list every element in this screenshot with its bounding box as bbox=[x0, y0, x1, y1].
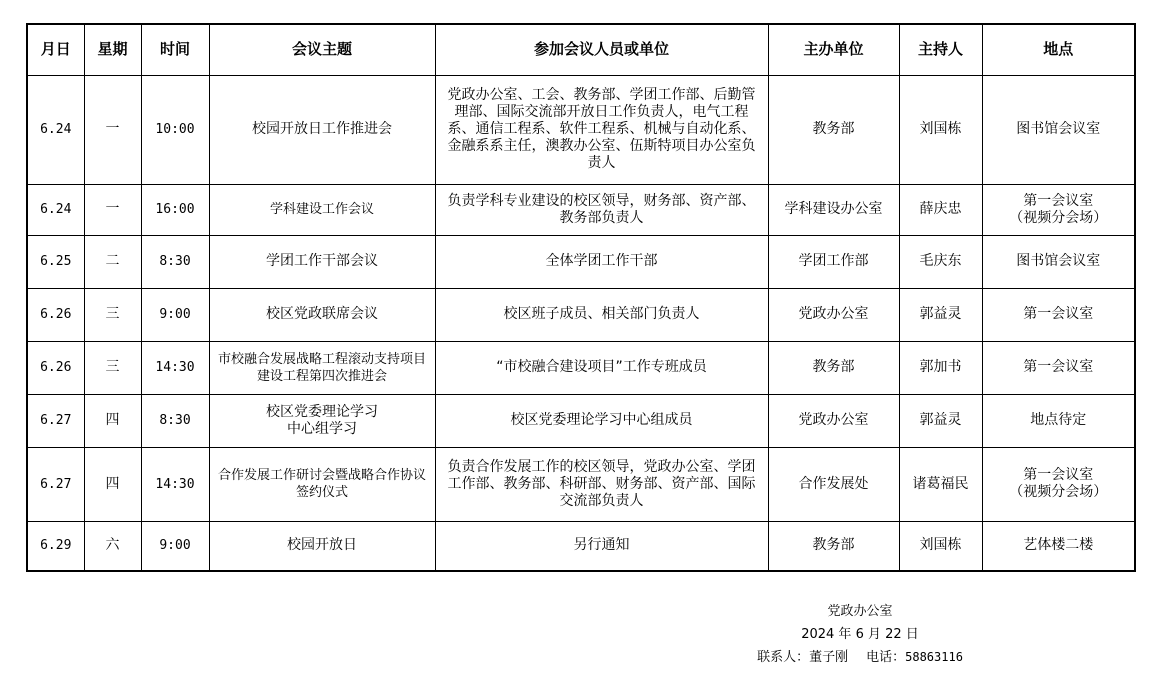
cell-organizer: 合作发展处 bbox=[768, 447, 899, 521]
cell-weekday: 六 bbox=[84, 521, 141, 571]
cell-date: 6.29 bbox=[27, 521, 84, 571]
cell-host: 郭加书 bbox=[899, 341, 982, 394]
cell-host: 毛庆东 bbox=[899, 235, 982, 288]
meeting-schedule-table: 月日 星期 时间 会议主题 参加会议人员或单位 主办单位 主持人 地点 6.24… bbox=[26, 23, 1136, 572]
header-organizer: 主办单位 bbox=[768, 24, 899, 75]
cell-date: 6.27 bbox=[27, 394, 84, 447]
cell-attendees: 另行通知 bbox=[435, 521, 768, 571]
cell-organizer: 学团工作部 bbox=[768, 235, 899, 288]
header-row: 月日 星期 时间 会议主题 参加会议人员或单位 主办单位 主持人 地点 bbox=[27, 24, 1135, 75]
cell-weekday: 二 bbox=[84, 235, 141, 288]
header-location: 地点 bbox=[982, 24, 1135, 75]
cell-weekday: 四 bbox=[84, 447, 141, 521]
cell-attendees: 校区班子成员、相关部门负责人 bbox=[435, 288, 768, 341]
cell-organizer: 教务部 bbox=[768, 521, 899, 571]
contact-name: 董子刚 bbox=[809, 650, 848, 665]
cell-location: 第一会议室 （视频分会场） bbox=[982, 447, 1135, 521]
cell-organizer: 党政办公室 bbox=[768, 288, 899, 341]
contact-line: 联系人：董子刚电话：58863116 bbox=[740, 646, 980, 669]
cell-attendees: 校区党委理论学习中心组成员 bbox=[435, 394, 768, 447]
cell-time: 9:00 bbox=[141, 288, 209, 341]
location-note: （视频分会场） bbox=[987, 210, 1131, 227]
phone-number: 58863116 bbox=[905, 650, 963, 664]
document-footer: 党政办公室 2024 年 6 月 22 日 联系人：董子刚电话：58863116 bbox=[740, 600, 980, 669]
cell-attendees: 负责学科专业建设的校区领导，财务部、资产部、教务部负责人 bbox=[435, 184, 768, 235]
cell-weekday: 三 bbox=[84, 288, 141, 341]
header-weekday: 星期 bbox=[84, 24, 141, 75]
table-row: 6.26 三 14:30 市校融合发展战略工程滚动支持项目建设工程第四次推进会 … bbox=[27, 341, 1135, 394]
cell-topic: 学科建设工作会议 bbox=[209, 184, 435, 235]
cell-location: 第一会议室 bbox=[982, 341, 1135, 394]
cell-host: 薛庆忠 bbox=[899, 184, 982, 235]
cell-host: 郭益灵 bbox=[899, 394, 982, 447]
cell-host: 刘国栋 bbox=[899, 75, 982, 184]
table-row: 6.27 四 14:30 合作发展工作研讨会暨战略合作协议签约仪式 负责合作发展… bbox=[27, 447, 1135, 521]
table-row: 6.27 四 8:30 校区党委理论学习 中心组学习 校区党委理论学习中心组成员… bbox=[27, 394, 1135, 447]
cell-date: 6.26 bbox=[27, 288, 84, 341]
phone-label: 电话： bbox=[866, 650, 905, 665]
cell-topic: 校园开放日工作推进会 bbox=[209, 75, 435, 184]
contact-label: 联系人： bbox=[757, 650, 809, 665]
cell-attendees: 党政办公室、工会、教务部、学团工作部、后勤管理部、国际交流部开放日工作负责人，电… bbox=[435, 75, 768, 184]
cell-topic: 市校融合发展战略工程滚动支持项目建设工程第四次推进会 bbox=[209, 341, 435, 394]
cell-topic: 校区党政联席会议 bbox=[209, 288, 435, 341]
cell-host: 刘国栋 bbox=[899, 521, 982, 571]
issue-date: 2024 年 6 月 22 日 bbox=[740, 623, 980, 646]
issuing-office: 党政办公室 bbox=[740, 600, 980, 623]
cell-organizer: 党政办公室 bbox=[768, 394, 899, 447]
topic-line-2: 中心组学习 bbox=[214, 421, 431, 438]
cell-attendees: 全体学团工作干部 bbox=[435, 235, 768, 288]
cell-organizer: 教务部 bbox=[768, 341, 899, 394]
cell-topic: 校区党委理论学习 中心组学习 bbox=[209, 394, 435, 447]
table-row: 6.25 二 8:30 学团工作干部会议 全体学团工作干部 学团工作部 毛庆东 … bbox=[27, 235, 1135, 288]
cell-time: 14:30 bbox=[141, 447, 209, 521]
header-time: 时间 bbox=[141, 24, 209, 75]
cell-location: 第一会议室 bbox=[982, 288, 1135, 341]
location-name: 第一会议室 bbox=[987, 467, 1131, 484]
table-row: 6.29 六 9:00 校园开放日 另行通知 教务部 刘国栋 艺体楼二楼 bbox=[27, 521, 1135, 571]
topic-line-1: 校区党委理论学习 bbox=[214, 404, 431, 421]
cell-weekday: 一 bbox=[84, 184, 141, 235]
cell-time: 8:30 bbox=[141, 235, 209, 288]
cell-weekday: 四 bbox=[84, 394, 141, 447]
cell-weekday: 一 bbox=[84, 75, 141, 184]
cell-attendees: 负责合作发展工作的校区领导，党政办公室、学团工作部、教务部、科研部、财务部、资产… bbox=[435, 447, 768, 521]
cell-time: 8:30 bbox=[141, 394, 209, 447]
cell-time: 10:00 bbox=[141, 75, 209, 184]
cell-attendees: “市校融合建设项目”工作专班成员 bbox=[435, 341, 768, 394]
cell-date: 6.24 bbox=[27, 184, 84, 235]
cell-topic: 校园开放日 bbox=[209, 521, 435, 571]
cell-location: 第一会议室 （视频分会场） bbox=[982, 184, 1135, 235]
header-attendees: 参加会议人员或单位 bbox=[435, 24, 768, 75]
location-name: 第一会议室 bbox=[987, 193, 1131, 210]
table-row: 6.24 一 10:00 校园开放日工作推进会 党政办公室、工会、教务部、学团工… bbox=[27, 75, 1135, 184]
cell-date: 6.27 bbox=[27, 447, 84, 521]
cell-host: 诸葛福民 bbox=[899, 447, 982, 521]
cell-date: 6.26 bbox=[27, 341, 84, 394]
cell-organizer: 学科建设办公室 bbox=[768, 184, 899, 235]
cell-weekday: 三 bbox=[84, 341, 141, 394]
header-host: 主持人 bbox=[899, 24, 982, 75]
cell-location: 地点待定 bbox=[982, 394, 1135, 447]
table-row: 6.24 一 16:00 学科建设工作会议 负责学科专业建设的校区领导，财务部、… bbox=[27, 184, 1135, 235]
cell-date: 6.24 bbox=[27, 75, 84, 184]
cell-host: 郭益灵 bbox=[899, 288, 982, 341]
cell-topic: 合作发展工作研讨会暨战略合作协议签约仪式 bbox=[209, 447, 435, 521]
cell-location: 艺体楼二楼 bbox=[982, 521, 1135, 571]
cell-time: 14:30 bbox=[141, 341, 209, 394]
cell-time: 16:00 bbox=[141, 184, 209, 235]
cell-topic: 学团工作干部会议 bbox=[209, 235, 435, 288]
cell-date: 6.25 bbox=[27, 235, 84, 288]
cell-location: 图书馆会议室 bbox=[982, 235, 1135, 288]
header-date: 月日 bbox=[27, 24, 84, 75]
location-note: （视频分会场） bbox=[987, 484, 1131, 501]
cell-time: 9:00 bbox=[141, 521, 209, 571]
cell-organizer: 教务部 bbox=[768, 75, 899, 184]
header-topic: 会议主题 bbox=[209, 24, 435, 75]
table-row: 6.26 三 9:00 校区党政联席会议 校区班子成员、相关部门负责人 党政办公… bbox=[27, 288, 1135, 341]
cell-location: 图书馆会议室 bbox=[982, 75, 1135, 184]
